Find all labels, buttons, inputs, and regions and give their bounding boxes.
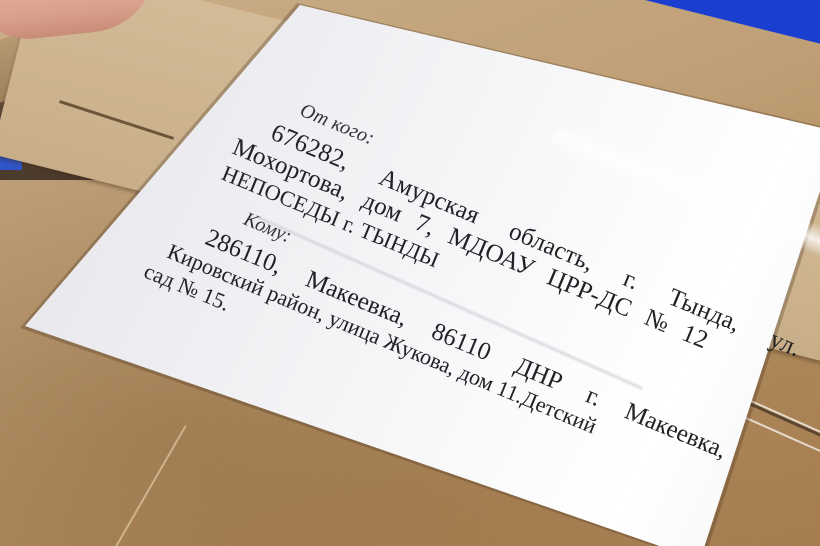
photo-scene: От кого: 676282, Амурская область, г. Ты…: [0, 0, 820, 546]
